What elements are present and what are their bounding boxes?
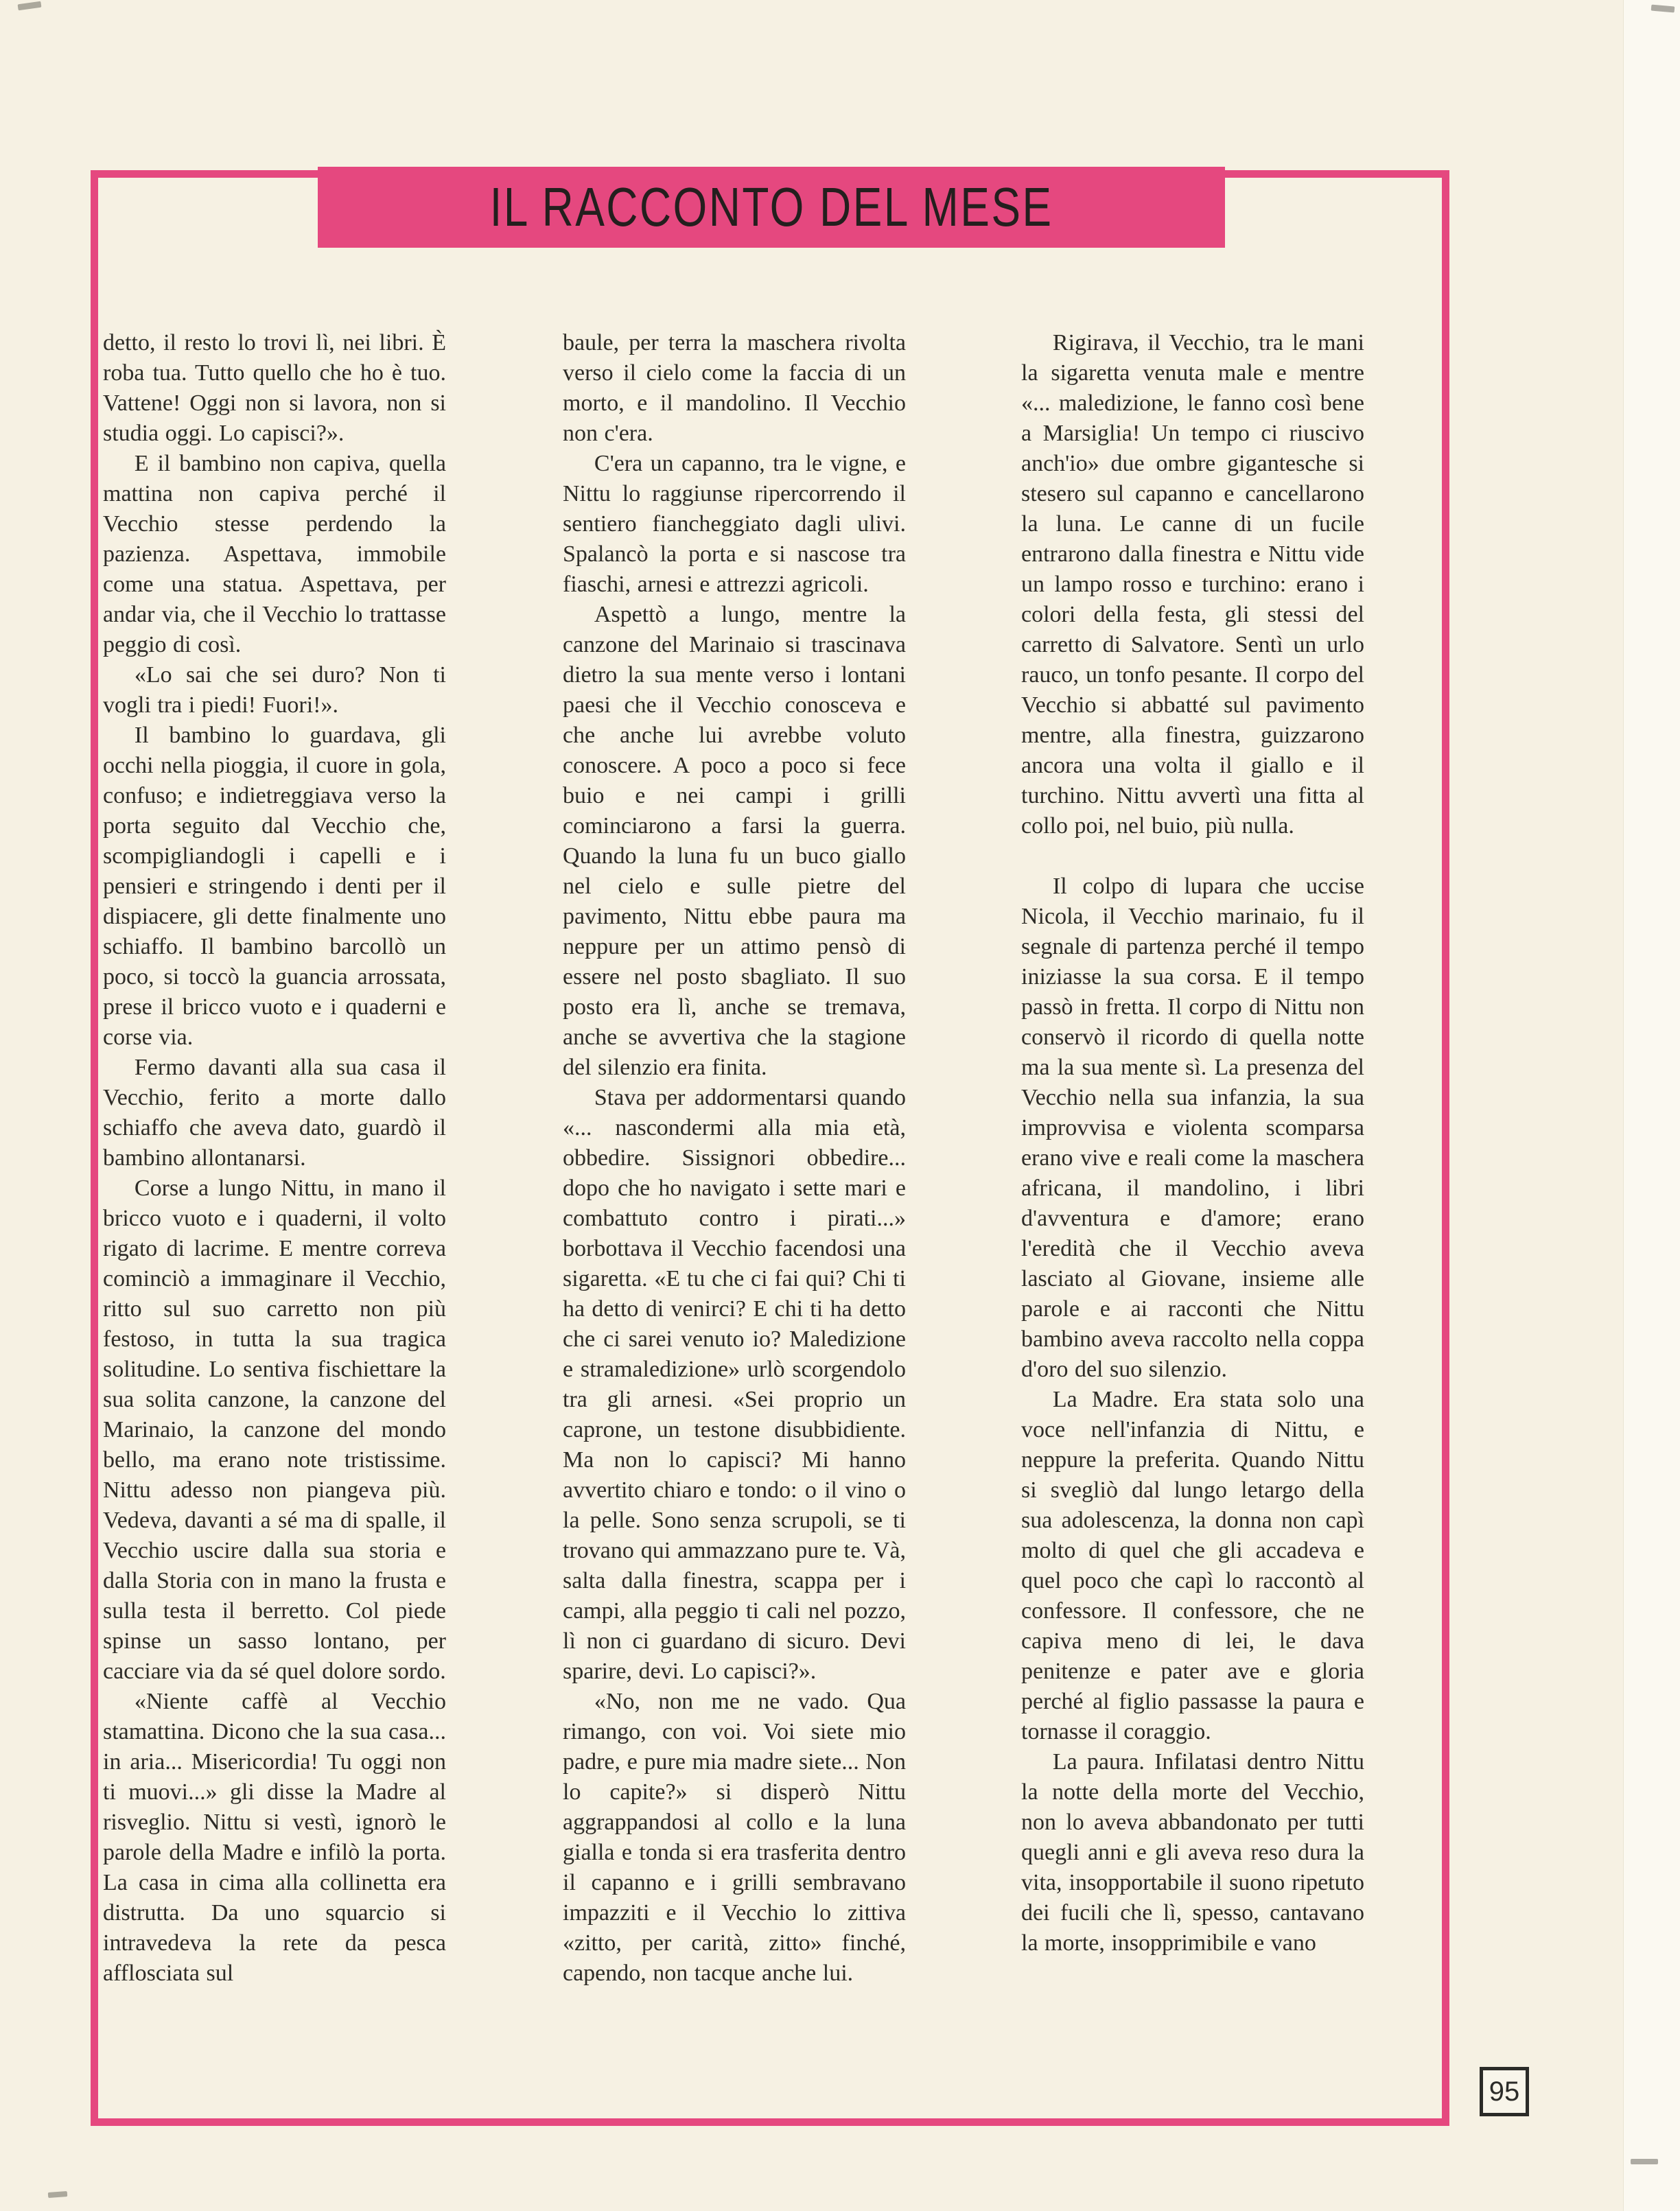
paragraph: Corse a lungo Nittu, in mano il bricco v… [103,1173,446,1687]
magazine-page: { "colors":{ "accent":"#e5487f", "paper"… [0,0,1680,2211]
text-column-2: baule, per terra la maschera rivolta ver… [563,328,906,2112]
paragraph: E il bambino non capiva, quella mattina … [103,449,446,660]
paragraph: Il colpo di lupara che uccise Nicola, il… [1021,871,1364,1385]
article-body: detto, il resto lo trovi lì, nei libri. … [103,328,1366,2112]
paragraph: C'era un capanno, tra le vigne, e Nittu … [563,449,906,600]
paragraph: Fermo davanti alla sua casa il Vecchio, … [103,1053,446,1173]
section-banner: IL RACCONTO DEL MESE [318,167,1225,248]
paragraph: La Madre. Era stata solo una voce nell'i… [1021,1385,1364,1747]
paragraph: Il bambino lo guardava, gli occhi nella … [103,721,446,1053]
paragraph: «Niente caffè al Vecchio stamattina. Dic… [103,1687,446,1989]
page-number-badge: 95 [1480,2067,1529,2116]
text-column-3: Rigirava, il Vecchio, tra le mani la sig… [1021,328,1364,2112]
corner-registration-mark [48,2191,67,2198]
paragraph: «Lo sai che sei duro? Non ti vogli tra i… [103,660,446,721]
paragraph: «No, non me ne vado. Qua rimango, con vo… [563,1687,906,1989]
paragraph: Stava per addormentarsi quando «... nasc… [563,1083,906,1687]
paragraph: La paura. Infilatasi dentro Nittu la not… [1021,1747,1364,1958]
scanned-page-edge [1623,0,1680,2211]
page-number-value: 95 [1489,2077,1520,2107]
corner-registration-mark [18,1,42,11]
text-column-1: detto, il resto lo trovi lì, nei libri. … [103,328,446,2112]
paragraph: detto, il resto lo trovi lì, nei libri. … [103,328,446,449]
paragraph: baule, per terra la maschera rivolta ver… [563,328,906,449]
paragraph: Aspettò a lungo, mentre la canzone del M… [563,600,906,1083]
corner-registration-mark [1631,2159,1658,2164]
page-title: IL RACCONTO DEL MESE [490,176,1053,239]
paragraph: Rigirava, il Vecchio, tra le mani la sig… [1021,328,1364,841]
